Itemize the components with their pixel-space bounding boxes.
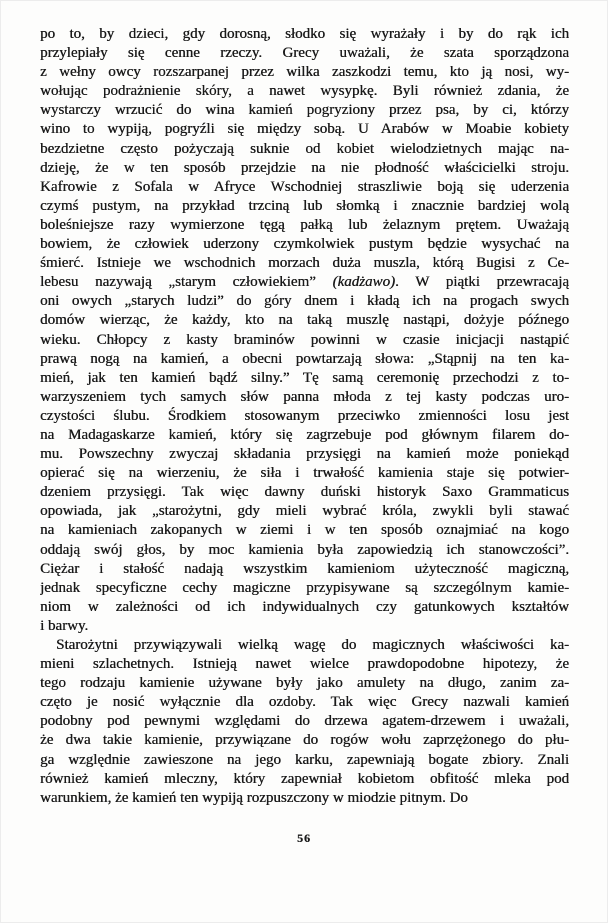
text-line: boleśniejsze razy wymierzone tęgą pałką … <box>40 216 569 235</box>
page-number: 56 <box>0 831 608 846</box>
text-line: oddają swój głos, by moc kamienia była z… <box>40 541 569 560</box>
text-line: warunkiem, że kamień ten wypiją rozpuszc… <box>40 789 569 808</box>
text-line: tego rodzaju kamienie używane były jako … <box>40 674 569 693</box>
text-line: mieni szlachetnych. Istnieją nawet wielc… <box>40 655 569 674</box>
text-line: prawą nogą na kamień, a obecni powtarzaj… <box>40 350 569 369</box>
text-line: oni owych „starych ludzi” do góry dnem i… <box>40 292 569 311</box>
text-line: i barwy. <box>40 617 569 636</box>
text-line: Ciężar i stałość nadają wszystkim kamien… <box>40 560 569 579</box>
text-line: jednak specyficzne cechy magiczne przypi… <box>40 579 569 598</box>
paragraph: po to, by dzieci, gdy dorosną, słodko si… <box>40 25 569 636</box>
text-line: Starożytni przywiązywali wielką wagę do … <box>40 636 569 655</box>
text-line: mień, jak ten kamień bądź silny.” Tę sam… <box>40 369 569 388</box>
text-line: po to, by dzieci, gdy dorosną, słodko si… <box>40 25 569 44</box>
text-line: wino to wypiją, pogryźli się między sobą… <box>40 120 569 139</box>
italic-term: (kadżawo) <box>332 274 395 290</box>
text-line: dzieję, że w ten sposób przejdzie na nie… <box>40 159 569 178</box>
text-line: mu. Powszechny zwyczaj składania przysię… <box>40 445 569 464</box>
text-line: również kamień mleczny, który zapewniał … <box>40 770 569 789</box>
text-line: lebesu nazywają „starym człowiekiem” (ka… <box>40 273 569 292</box>
text-line: z wełny owcy rozszarpanej przez wilka za… <box>40 63 569 82</box>
text-line: śmierć. Istnieje we wschodnich morzach d… <box>40 254 569 273</box>
text-line: na Madagaskarze kamień, który się zagrze… <box>40 426 569 445</box>
text-line: Kafrowie z Sofala w Afryce Wschodniej st… <box>40 178 569 197</box>
paragraph: Starożytni przywiązywali wielką wagę do … <box>40 636 569 808</box>
text-line: ga względnie zawieszone na jego karku, z… <box>40 751 569 770</box>
text-line: częto je nosić wyłącznie dla ozdoby. Tak… <box>40 693 569 712</box>
text-line: wołując podrażnienie skóry, a nawet wysy… <box>40 82 569 101</box>
text-line: bowiem, że człowiek uderzony czymkolwiek… <box>40 235 569 254</box>
text-line: opowiada, jak „starożytni, gdy mieli wyb… <box>40 502 569 521</box>
text-line: czymś pustym, na przykład trzciną lub sł… <box>40 197 569 216</box>
book-page: po to, by dzieci, gdy dorosną, słodko si… <box>0 0 608 923</box>
text-line: bezdzietne często pożyczają suknie od ko… <box>40 140 569 159</box>
text-line: warzyszeniem tych samych słów panna młod… <box>40 388 569 407</box>
text-line: opierać się na wierzeniu, że siła i trwa… <box>40 464 569 483</box>
text-line: wystarczy wrzucić do wina kamień pogryzi… <box>40 101 569 120</box>
text-line: na kamieniach zakopanych w ziemi i w ten… <box>40 521 569 540</box>
text-line: przylepiały się cenne rzeczy. Grecy uważ… <box>40 44 569 63</box>
text-line: domów wierząc, że każdy, kto na taką mus… <box>40 311 569 330</box>
text-line: czystości ślubu. Środkiem stosowanym prz… <box>40 407 569 426</box>
text-line: że dwa takie kamienie, przywiązane do ro… <box>40 731 569 750</box>
body-text: po to, by dzieci, gdy dorosną, słodko si… <box>40 25 569 808</box>
text-line: dzeniem przysięgi. Tak więc dawny duński… <box>40 483 569 502</box>
text-line: wieku. Chłopcy z kasty braminów powinni … <box>40 331 569 350</box>
text-line: niom w zależności od ich indywidualnych … <box>40 598 569 617</box>
text-line: podobny pod pewnymi względami do drzewa … <box>40 712 569 731</box>
